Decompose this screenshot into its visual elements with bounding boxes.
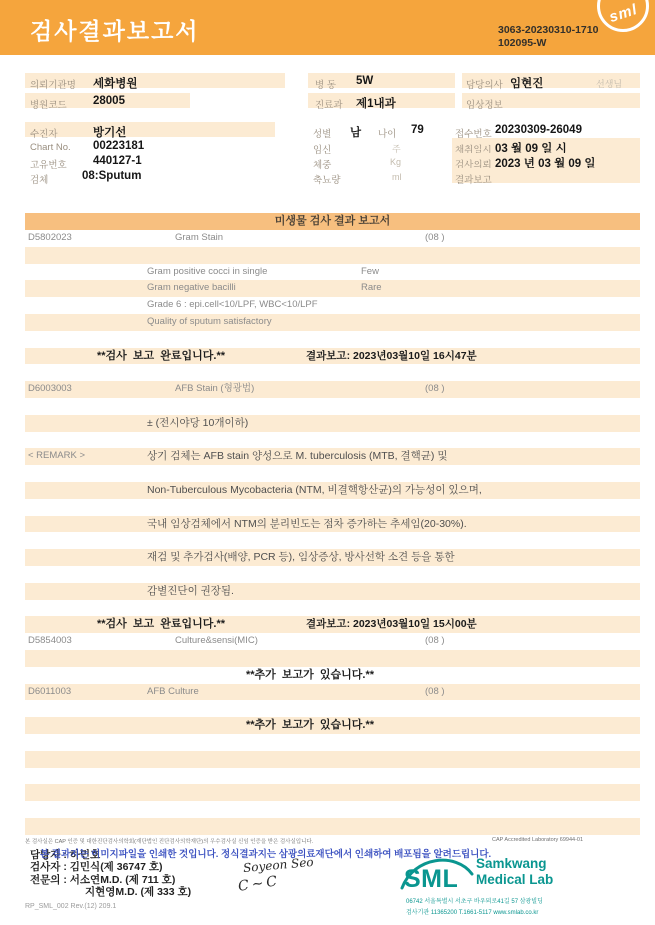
cap-accreditation-number: CAP Accredited Laboratory 69944-01: [492, 837, 583, 843]
dept-value: 제1내과: [356, 95, 396, 111]
test-name: Gram negative bacilli: [147, 280, 236, 297]
table-row: Grade 6 : epi.cell<10/LPF, WBC<10/LPF: [25, 297, 640, 314]
table-row: [25, 331, 640, 348]
uid-label: 고유번호: [30, 157, 67, 171]
report-datetime: 결과보고: 2023년03월10일 16시47분: [306, 348, 477, 365]
test-name: Grade 6 : epi.cell<10/LPF, WBC<10/LPF: [147, 297, 318, 314]
chart-no-value: 00223181: [93, 140, 144, 152]
test-name: 감별진단이 권장됨.: [147, 583, 234, 600]
field-strip: [25, 122, 275, 137]
test-code: D6003003: [28, 381, 72, 398]
table-row: 재검 및 추가검사(배양, PCR 등), 임상증상, 방사선학 소견 등을 통…: [25, 549, 640, 566]
age-label: 나이: [378, 126, 396, 140]
table-row: **추가 보고가 있습니다.**: [25, 717, 640, 734]
table-row: D5802023Gram Stain(08 ): [25, 230, 640, 247]
test-result: Rare: [361, 280, 382, 297]
table-row: **검사 보고 완료입니다.**결과보고: 2023년03월10일 16시47분: [25, 348, 640, 365]
test-code: D5854003: [28, 633, 72, 650]
report-complete-text: **검사 보고 완료입니다.**: [97, 616, 225, 633]
table-row: **추가 보고가 있습니다.**: [25, 667, 640, 684]
ward-label: 병 동: [315, 77, 336, 91]
table-row: [25, 801, 640, 818]
org-value: 세화병원: [93, 75, 137, 91]
test-name: 상기 검체는 AFB stain 양성으로 M. tuberculosis (M…: [147, 448, 447, 465]
ward-value: 5W: [356, 75, 373, 87]
additional-report-text: **추가 보고가 있습니다.**: [145, 667, 475, 684]
staff-specialist2: 지현영M.D. (제 333 호): [30, 886, 191, 898]
report-number-line1: 3063-20230310-1710: [498, 24, 598, 37]
table-row: [25, 247, 640, 264]
specimen-value: 08:Sputum: [82, 170, 141, 182]
specimen-ref: (08 ): [425, 633, 445, 650]
clinical-info-label: 임상정보: [466, 97, 503, 111]
test-name: 국내 임상검체에서 NTM의 분리빈도는 점차 증가하는 추세임(20-30%)…: [147, 516, 467, 533]
dept-label: 진료과: [315, 97, 343, 111]
sml-logo-text: SML: [404, 865, 458, 894]
test-name: Non-Tuberculous Mycobacteria (NTM, 비결핵항산…: [147, 482, 482, 499]
sml-lab-name-line2: Medical Lab: [476, 872, 553, 888]
test-code: < REMARK >: [28, 448, 85, 465]
test-name: Culture&sensi(MIC): [175, 633, 258, 650]
sex-label: 성별: [313, 126, 331, 140]
table-row: [25, 751, 640, 768]
sml-circle-logo-text: sml: [607, 1, 640, 26]
table-row: [25, 700, 640, 717]
table-row: [25, 566, 640, 583]
table-row: < REMARK >상기 검체는 AFB stain 양성으로 M. tuber…: [25, 448, 640, 465]
header-bar: 검사결과보고서 3063-20230310-1710 102095-W sml: [0, 0, 655, 55]
test-code: D6011003: [28, 684, 71, 701]
org-label: 의뢰기관명: [30, 77, 76, 91]
hospital-code-value: 28005: [93, 95, 125, 107]
age-value: 79: [411, 124, 424, 136]
additional-report-text: **추가 보고가 있습니다.**: [145, 717, 475, 734]
sml-lab-name: Samkwang Medical Lab: [476, 856, 553, 887]
test-name: 재검 및 추가검사(배양, PCR 등), 임상증상, 방사선학 소견 등을 통…: [147, 549, 455, 566]
table-row: [25, 398, 640, 415]
result-rows: D5802023Gram Stain(08 )Gram positive coc…: [25, 230, 640, 835]
report-number: 3063-20230310-1710 102095-W: [498, 24, 598, 50]
test-code: D5802023: [28, 230, 72, 247]
table-row: D6011003AFB Culture(08 ): [25, 684, 640, 701]
staff-specialist1: 전문의 : 서소연M.D. (제 711 호): [30, 874, 191, 886]
table-row: 감별진단이 권장됨.: [25, 583, 640, 600]
result-table: 미생물 검사 결과 보고서 D5802023Gram Stain(08 )Gra…: [25, 213, 640, 835]
test-name: Gram positive cocci in single: [147, 264, 267, 281]
doctor-label: 담당의사: [466, 77, 503, 91]
sml-address: 06742 서울특별시 서초구 바우뫼로41길 57 삼광빌딩: [406, 896, 543, 905]
receipt-no-value: 20230309-26049: [495, 124, 582, 136]
document-code: RP_SML_002 Rev.(12) 209.1: [25, 903, 116, 910]
specimen-ref: (08 ): [425, 381, 445, 398]
specimen-label: 검체: [30, 172, 48, 186]
table-row: [25, 768, 640, 785]
table-row: [25, 432, 640, 449]
doctor-suffix: 선생님: [596, 77, 622, 90]
table-row: 국내 임상검체에서 NTM의 분리빈도는 점차 증가하는 추세임(20-30%)…: [25, 516, 640, 533]
patient-value: 방기선: [93, 124, 126, 140]
print-notice: 본 결과지는 이미지파일을 인쇄한 것입니다. 정식결과지는 삼광의료재단에서 …: [40, 846, 491, 860]
sml-circle-logo-icon: sml: [597, 0, 649, 32]
test-name: Quality of sputum satisfactory: [147, 314, 272, 331]
table-row: Quality of sputum satisfactory: [25, 314, 640, 331]
table-row: [25, 650, 640, 667]
test-name: ± (전시야당 10개이하): [147, 415, 248, 432]
specimen-ref: (08 ): [425, 230, 445, 247]
table-row: [25, 818, 640, 835]
uid-value: 440127-1: [93, 155, 142, 167]
test-name: Gram Stain: [175, 230, 223, 247]
table-row: [25, 784, 640, 801]
page-title: 검사결과보고서: [30, 13, 200, 46]
table-row: [25, 465, 640, 482]
hospital-code-label: 병원코드: [30, 97, 67, 111]
accreditation-footnote: 본 검사실은 CAP 인증 및 대한진단검사의학회(재단법인 진단검사의학재단)…: [25, 837, 313, 845]
table-row: D6003003AFB Stain (형광법)(08 ): [25, 381, 640, 398]
table-row: D5854003Culture&sensi(MIC)(08 ): [25, 633, 640, 650]
signature-scribble: C~C: [237, 873, 281, 895]
weight-label: 체중: [313, 157, 331, 171]
staff-examiner: 검사자 : 김민식(제 36747 호): [30, 861, 191, 873]
test-name: AFB Stain (형광법): [175, 381, 254, 398]
pregnancy-unit: 주: [392, 142, 401, 155]
urine-volume-label: 축뇨량: [313, 172, 341, 186]
report-complete-text: **검사 보고 완료입니다.**: [97, 348, 225, 365]
table-row: Gram positive cocci in singleFew: [25, 264, 640, 281]
pregnancy-label: 임신: [313, 142, 331, 156]
table-row: [25, 600, 640, 617]
chart-no-label: Chart No.: [30, 142, 71, 153]
sml-contact: 검사기관 11365200 T.1661-5117 www.smlab.co.k…: [406, 907, 538, 916]
table-row: ± (전시야당 10개이하): [25, 415, 640, 432]
specimen-ref: (08 ): [425, 684, 445, 701]
table-row: [25, 499, 640, 516]
table-row: [25, 734, 640, 751]
sex-value: 남: [350, 124, 361, 140]
result-report-label: 결과보고: [455, 172, 492, 186]
table-row: [25, 532, 640, 549]
table-row: Non-Tuberculous Mycobacteria (NTM, 비결핵항산…: [25, 482, 640, 499]
table-row: [25, 364, 640, 381]
table-row: **검사 보고 완료입니다.**결과보고: 2023년03월10일 15시00분: [25, 616, 640, 633]
patient-label: 수진자: [30, 126, 58, 140]
test-result: Few: [361, 264, 379, 281]
urine-volume-unit: ml: [392, 172, 402, 182]
test-name: AFB Culture: [147, 684, 199, 701]
section-title: 미생물 검사 결과 보고서: [25, 213, 640, 230]
report-number-line2: 102095-W: [498, 37, 598, 50]
lab-report-page: 검사결과보고서 3063-20230310-1710 102095-W sml …: [0, 0, 655, 925]
weight-unit: Kg: [390, 157, 401, 167]
doctor-value: 임현진: [510, 75, 543, 91]
report-datetime: 결과보고: 2023년03월10일 15시00분: [306, 616, 477, 633]
table-row: Gram negative bacilliRare: [25, 280, 640, 297]
